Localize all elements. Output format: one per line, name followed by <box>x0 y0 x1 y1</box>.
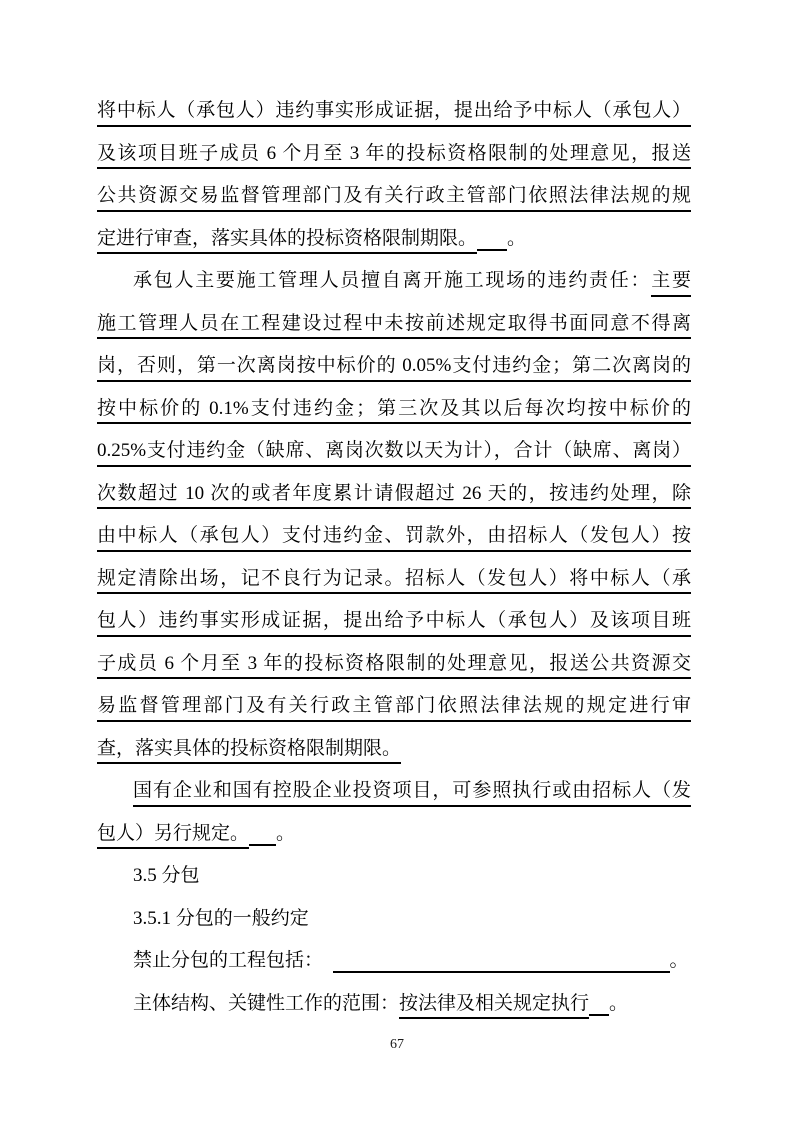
text-line: 查，落实具体的投标资格限制期限。 <box>97 728 691 771</box>
underlined-text: 按法律及相关规定执行 <box>399 993 589 1020</box>
text-line: 次数超过 10 次的或者年度累计请假超过 26 天的，按违约处理，除 <box>97 473 691 516</box>
text-line: 易监督管理部门及有关行政主管部门依照法律法规的规定进行审 <box>97 685 691 728</box>
text-line: 子成员 6 个月至 3 年的投标资格限制的处理意见，报送公共资源交 <box>97 643 691 686</box>
text-line: 岗，否则，第一次离岗按中标价的 0.05%支付违约金；第二次离岗的 <box>97 345 691 388</box>
underlined-text: 0.25%支付违约金（缺席、离岗次数以天为计），合计（缺席、离岗） <box>97 440 691 467</box>
underlined-text: 次数超过 10 次的或者年度累计请假超过 26 天的，按违约处理，除 <box>97 483 691 510</box>
fill-in-blank <box>249 825 276 846</box>
underlined-text: 及该项目班子成员 6 个月至 3 年的投标资格限制的处理意见，报送 <box>97 143 691 170</box>
text-line: 定进行审查，落实具体的投标资格限制期限。。 <box>97 218 691 261</box>
underlined-text: 查，落实具体的投标资格限制期限。 <box>97 738 401 765</box>
document-body: 将中标人（承包人）违约事实形成证据，提出给予中标人（承包人）及该项目班子成员 6… <box>97 90 691 1025</box>
text-line: 由中标人（承包人）支付违约金、罚款外，由招标人（发包人）按 <box>97 515 691 558</box>
text-segment: 主体结构、关键性工作的范围： <box>133 993 399 1014</box>
text-segment: 。 <box>507 228 526 249</box>
underlined-text: 按中标价的 0.1%支付违约金；第三次及其以后每次均按中标价的 <box>97 398 691 425</box>
underlined-text: 定进行审查，落实具体的投标资格限制期限。 <box>97 228 477 255</box>
text-line: 0.25%支付违约金（缺席、离岗次数以天为计），合计（缺席、离岗） <box>97 430 691 473</box>
page-number: 67 <box>0 1037 794 1053</box>
text-line: 国有企业和国有控股企业投资项目，可参照执行或由招标人（发 <box>97 770 691 813</box>
text-line: 规定清除出场，记不良行为记录。招标人（发包人）将中标人（承 <box>97 558 691 601</box>
text-segment: 。 <box>609 993 628 1014</box>
underlined-text: 将中标人（承包人）违约事实形成证据，提出给予中标人（承包人） <box>97 100 691 127</box>
underlined-text: 国有企业和国有控股企业投资项目，可参照执行或由招标人（发 <box>133 780 691 807</box>
text-segment: 3.5.1 分包的一般约定 <box>133 908 309 929</box>
fill-in-blank <box>333 952 670 973</box>
text-segment: 3.5 分包 <box>133 865 200 886</box>
text-line: 3.5 分包 <box>97 855 691 898</box>
text-segment: 承包人主要施工管理人员擅自离开施工现场的违约责任： <box>133 270 651 291</box>
underlined-text: 子成员 6 个月至 3 年的投标资格限制的处理意见，报送公共资源交 <box>97 653 691 680</box>
underlined-text: 公共资源交易监督管理部门及有关行政主管部门依照法律法规的规 <box>97 185 691 212</box>
text-line: 及该项目班子成员 6 个月至 3 年的投标资格限制的处理意见，报送 <box>97 133 691 176</box>
underlined-text: 主要 <box>651 270 691 297</box>
underlined-text: 由中标人（承包人）支付违约金、罚款外，由招标人（发包人）按 <box>97 525 691 552</box>
fill-in-blank <box>477 230 507 251</box>
underlined-text: 易监督管理部门及有关行政主管部门依照法律法规的规定进行审 <box>97 695 691 722</box>
document-page: 将中标人（承包人）违约事实形成证据，提出给予中标人（承包人）及该项目班子成员 6… <box>0 0 794 1122</box>
text-line: 施工管理人员在工程建设过程中未按前述规定取得书面同意不得离 <box>97 303 691 346</box>
text-line: 将中标人（承包人）违约事实形成证据，提出给予中标人（承包人） <box>97 90 691 133</box>
text-segment: 禁止分包的工程包括： <box>133 950 333 971</box>
underlined-text: 包人）违约事实形成证据，提出给予中标人（承包人）及该项目班 <box>97 610 691 637</box>
underlined-text: 施工管理人员在工程建设过程中未按前述规定取得书面同意不得离 <box>97 313 691 340</box>
text-segment: 。 <box>670 950 689 971</box>
text-line: 公共资源交易监督管理部门及有关行政主管部门依照法律法规的规 <box>97 175 691 218</box>
text-line: 承包人主要施工管理人员擅自离开施工现场的违约责任：主要 <box>97 260 691 303</box>
text-line: 包人）另行规定。。 <box>97 813 691 856</box>
text-line: 禁止分包的工程包括： 。 <box>97 940 691 983</box>
text-segment: 。 <box>276 823 295 844</box>
text-line: 包人）违约事实形成证据，提出给予中标人（承包人）及该项目班 <box>97 600 691 643</box>
text-line: 3.5.1 分包的一般约定 <box>97 898 691 941</box>
underlined-text: 岗，否则，第一次离岗按中标价的 0.05%支付违约金；第二次离岗的 <box>97 355 691 382</box>
fill-in-blank <box>589 995 609 1016</box>
underlined-text: 规定清除出场，记不良行为记录。招标人（发包人）将中标人（承 <box>97 568 691 595</box>
text-line: 按中标价的 0.1%支付违约金；第三次及其以后每次均按中标价的 <box>97 388 691 431</box>
text-line: 主体结构、关键性工作的范围：按法律及相关规定执行。 <box>97 983 691 1026</box>
underlined-text: 包人）另行规定。 <box>97 823 249 850</box>
